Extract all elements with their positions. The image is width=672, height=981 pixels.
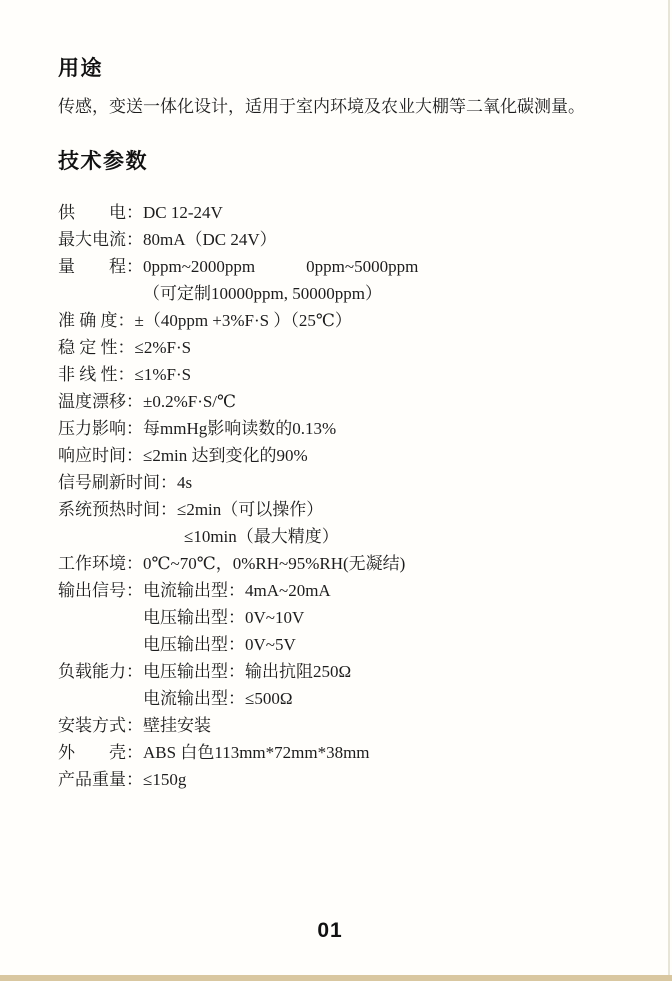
spec-row: 系统预热时间：≤2min（可以操作） bbox=[58, 496, 632, 523]
spec-value: 电压输出型：输出抗阻250Ω bbox=[143, 662, 351, 681]
spec-value: 电流输出型：4mA~20mA bbox=[143, 581, 331, 600]
spec-row: 非 线 性：≤1%F·S bbox=[58, 361, 632, 388]
spec-value: 4s bbox=[177, 473, 192, 492]
spec-row: 电压输出型：0V~5V bbox=[58, 631, 632, 658]
spec-label: 压力影响： bbox=[58, 419, 143, 438]
spec-row: 供 电：DC 12-24V bbox=[58, 199, 632, 226]
page-number: 01 bbox=[0, 919, 660, 943]
spec-value: 每mmHg影响读数的0.13% bbox=[143, 419, 336, 438]
spec-row: 电压输出型：0V~10V bbox=[58, 604, 632, 631]
spec-value: ≤1%F·S bbox=[135, 365, 192, 384]
spec-label: 外 壳： bbox=[58, 743, 143, 762]
spec-label: 响应时间： bbox=[58, 446, 143, 465]
spec-row: 量 程：0ppm~2000ppm 0ppm~5000ppm bbox=[58, 253, 632, 280]
spec-row: 外 壳：ABS 白色113mm*72mm*38mm bbox=[58, 739, 632, 766]
spec-row: 电流输出型：≤500Ω bbox=[58, 685, 632, 712]
spec-row: （可定制10000ppm, 50000ppm） bbox=[58, 280, 632, 307]
spec-label: 输出信号： bbox=[58, 581, 143, 600]
spec-value: ≤150g bbox=[143, 770, 186, 789]
spec-row: 压力影响：每mmHg影响读数的0.13% bbox=[58, 415, 632, 442]
spec-value: 80mA（DC 24V） bbox=[143, 230, 277, 249]
spec-label: 负载能力： bbox=[58, 662, 143, 681]
spec-label: 准 确 度： bbox=[58, 311, 135, 330]
spec-row: 准 确 度：±（40ppm +3%F·S ）（25℃） bbox=[58, 307, 632, 334]
spec-row: ≤10min（最大精度） bbox=[58, 523, 632, 550]
spec-label: 安装方式： bbox=[58, 716, 143, 735]
spec-value: ABS 白色113mm*72mm*38mm bbox=[143, 743, 370, 762]
spec-value: ≤2min 达到变化的90% bbox=[143, 446, 308, 465]
page-content: 用途 传感，变送一体化设计，适用于室内环境及农业大棚等二氧化碳测量。 技术参数 … bbox=[0, 0, 672, 793]
spec-label: 工作环境： bbox=[58, 554, 143, 573]
spec-label: 温度漂移： bbox=[58, 392, 143, 411]
spec-row: 输出信号：电流输出型：4mA~20mA bbox=[58, 577, 632, 604]
document-page: 用途 传感，变送一体化设计，适用于室内环境及农业大棚等二氧化碳测量。 技术参数 … bbox=[0, 0, 672, 981]
spec-value: ≤2min（可以操作） bbox=[177, 500, 323, 519]
spec-value: 电压输出型：0V~10V bbox=[143, 608, 304, 627]
spec-row: 最大电流：80mA（DC 24V） bbox=[58, 226, 632, 253]
purpose-paragraph: 传感，变送一体化设计，适用于室内环境及农业大棚等二氧化碳测量。 bbox=[58, 94, 632, 119]
spec-value: ≤10min（最大精度） bbox=[184, 527, 339, 546]
page-right-edge-line bbox=[668, 0, 670, 981]
spec-label: 最大电流： bbox=[58, 230, 143, 249]
spec-label: 产品重量： bbox=[58, 770, 143, 789]
section-heading-specs: 技术参数 bbox=[58, 145, 632, 175]
spec-row: 产品重量：≤150g bbox=[58, 766, 632, 793]
spec-label: 非 线 性： bbox=[58, 365, 135, 384]
spec-label: 供 电： bbox=[58, 203, 143, 222]
spec-row: 工作环境：0℃~70℃，0%RH~95%RH(无凝结) bbox=[58, 550, 632, 577]
spec-label: 信号刷新时间： bbox=[58, 473, 177, 492]
spec-label: 量 程： bbox=[58, 257, 143, 276]
spec-value: 壁挂安装 bbox=[143, 716, 211, 735]
spec-row: 负载能力：电压输出型：输出抗阻250Ω bbox=[58, 658, 632, 685]
spec-row: 温度漂移：±0.2%F·S/℃ bbox=[58, 388, 632, 415]
spec-value: 0ppm~2000ppm 0ppm~5000ppm bbox=[143, 257, 418, 276]
spec-value: ≤2%F·S bbox=[135, 338, 192, 357]
spec-value: （可定制10000ppm, 50000ppm） bbox=[143, 284, 382, 303]
spec-value: 电流输出型：≤500Ω bbox=[143, 689, 292, 708]
spec-row: 安装方式：壁挂安装 bbox=[58, 712, 632, 739]
section-heading-purpose: 用途 bbox=[58, 52, 632, 82]
spec-label: 系统预热时间： bbox=[58, 500, 177, 519]
spec-list: 供 电：DC 12-24V最大电流：80mA（DC 24V）量 程：0ppm~2… bbox=[58, 199, 632, 793]
spec-row: 稳 定 性：≤2%F·S bbox=[58, 334, 632, 361]
spec-value: 0℃~70℃，0%RH~95%RH(无凝结) bbox=[143, 554, 405, 573]
page-bottom-border bbox=[0, 975, 672, 981]
spec-value: ±（40ppm +3%F·S ）（25℃） bbox=[135, 311, 352, 330]
spec-row: 信号刷新时间：4s bbox=[58, 469, 632, 496]
spec-value: 电压输出型：0V~5V bbox=[143, 635, 296, 654]
spec-label: 稳 定 性： bbox=[58, 338, 135, 357]
spec-row: 响应时间：≤2min 达到变化的90% bbox=[58, 442, 632, 469]
spec-value: ±0.2%F·S/℃ bbox=[143, 392, 236, 411]
spec-value: DC 12-24V bbox=[143, 203, 223, 222]
